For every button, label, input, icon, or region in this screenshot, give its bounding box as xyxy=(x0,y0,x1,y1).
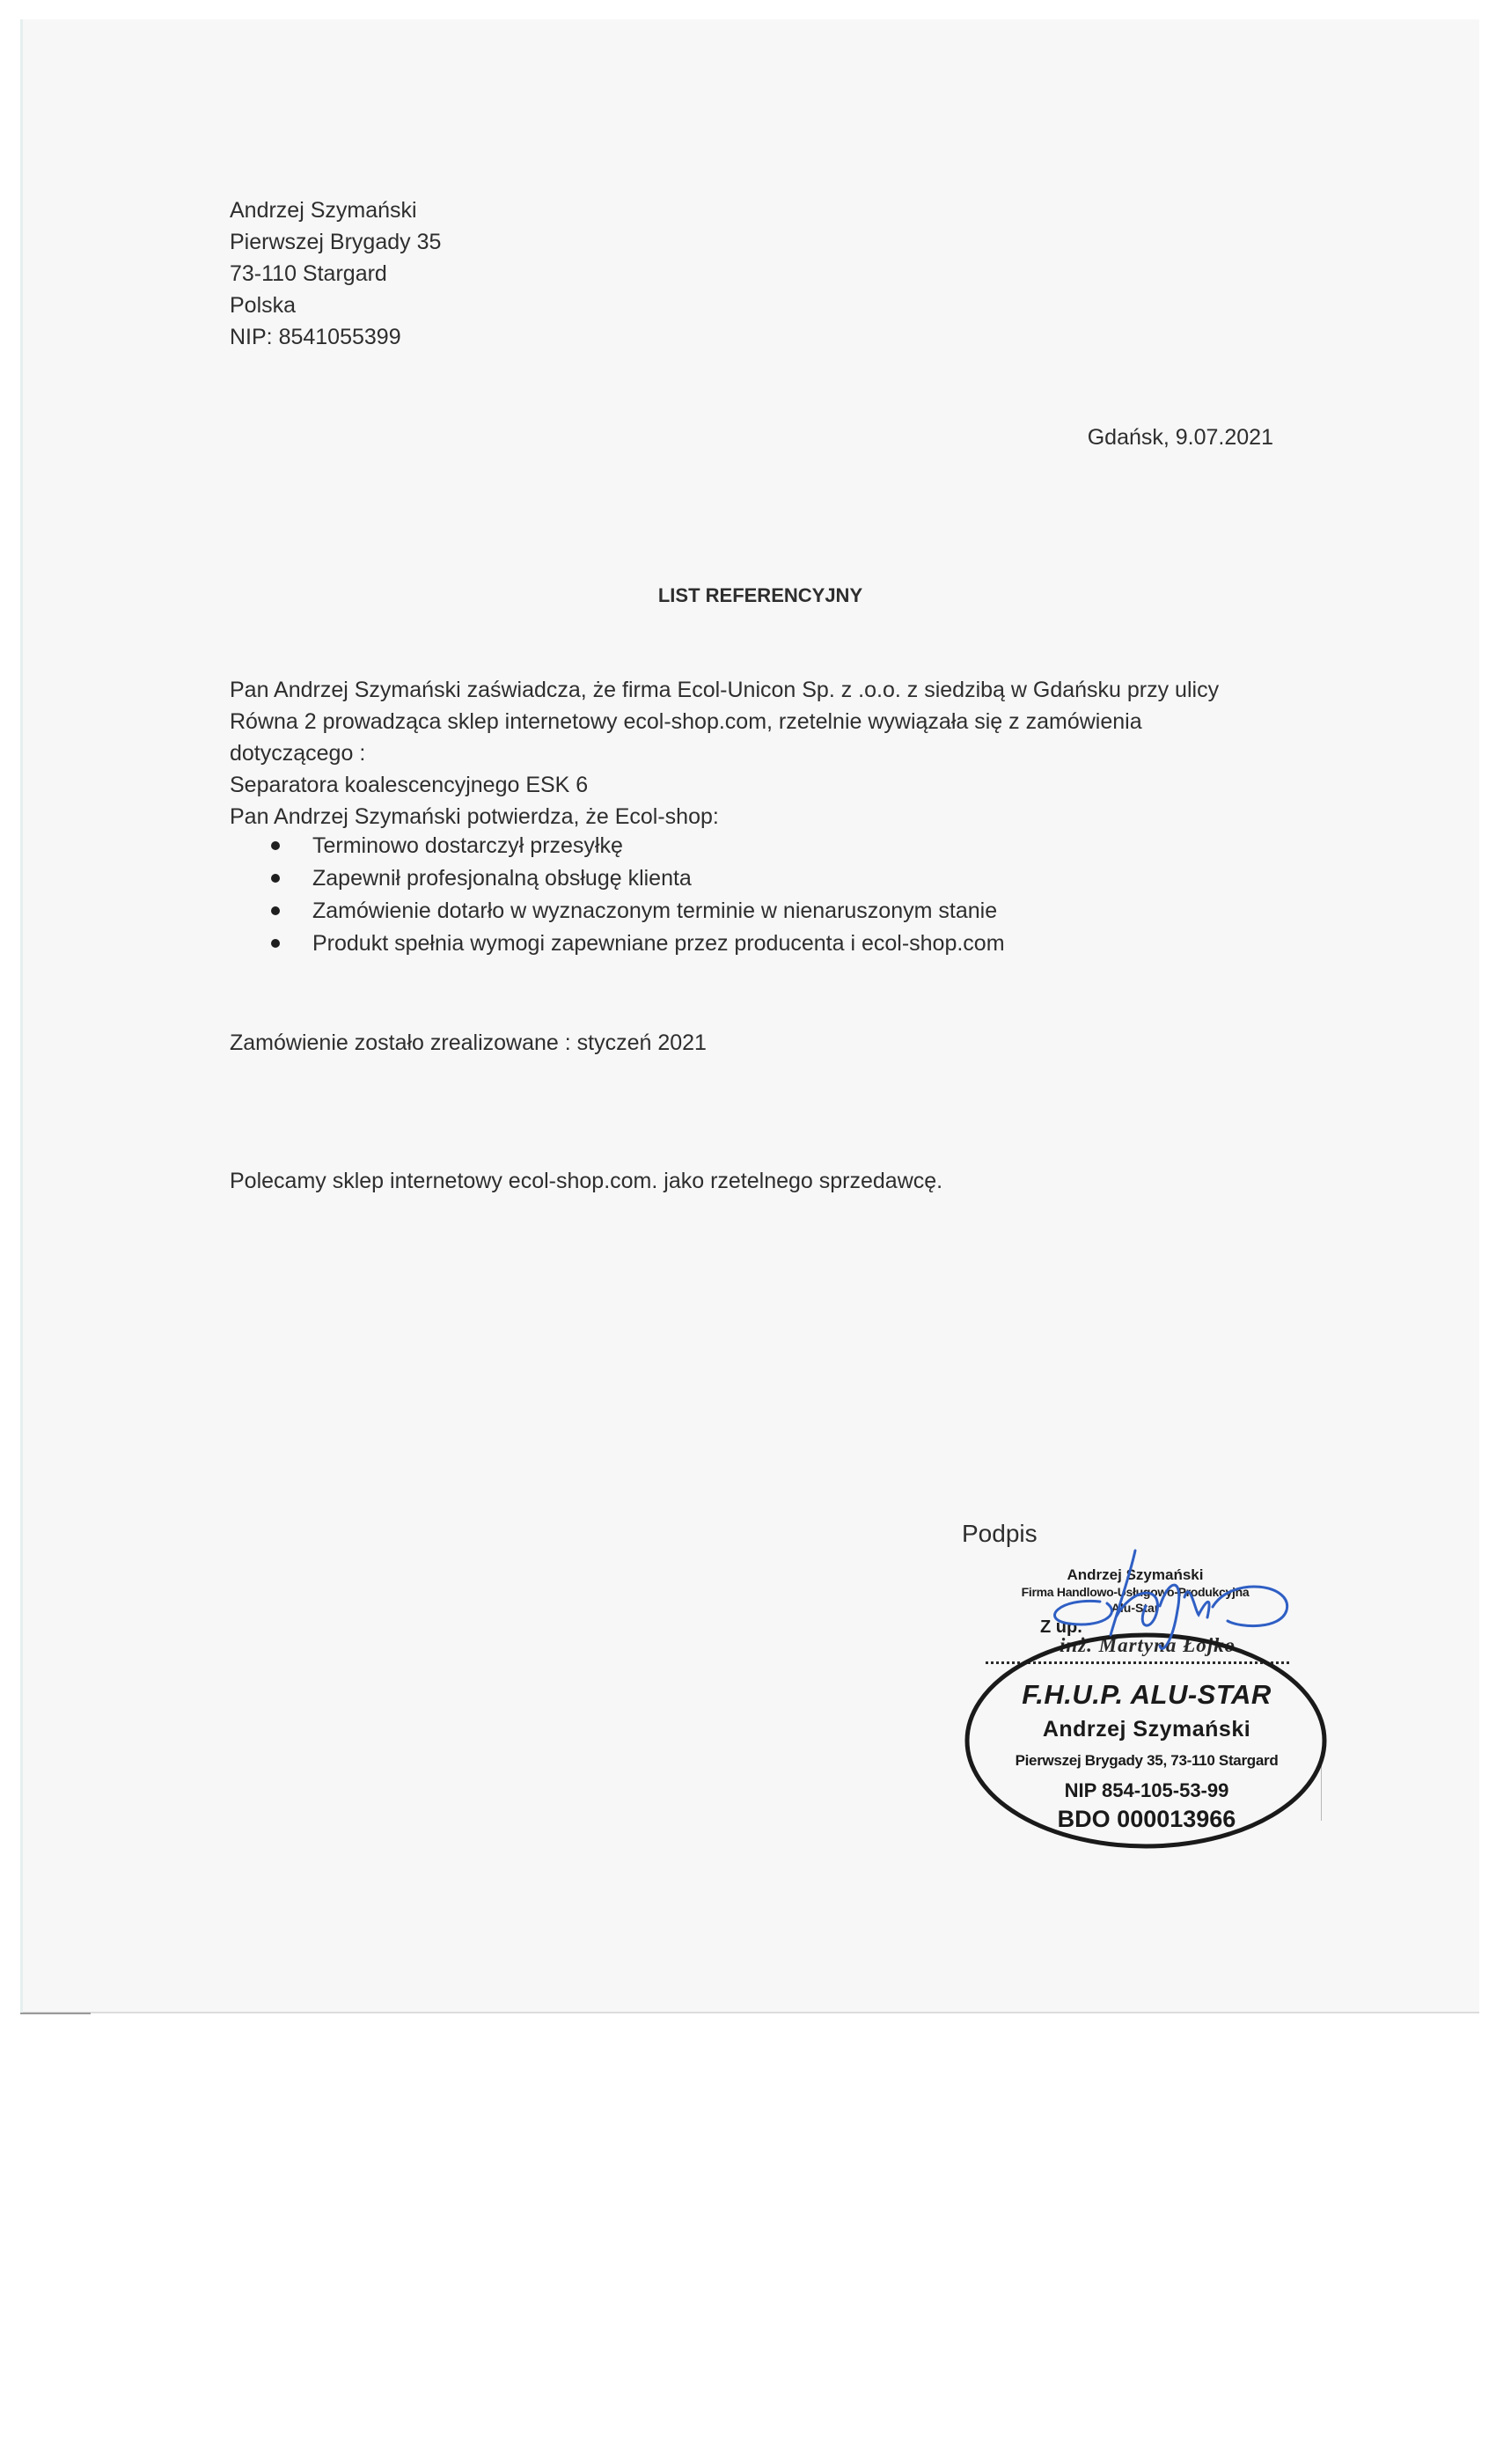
signature-dotted-line xyxy=(986,1661,1289,1664)
stamp-name: Andrzej Szymański xyxy=(977,1566,1294,1584)
bullet-icon xyxy=(271,841,280,850)
document-title: LIST REFERENCYJNY xyxy=(0,583,1496,609)
stamp-owner: Andrzej Szymański xyxy=(968,1717,1325,1742)
body-line: Pan Andrzej Szymański potwierdza, że Eco… xyxy=(230,803,719,830)
bullet-icon xyxy=(271,906,280,915)
sender-street: Pierwszej Brygady 35 xyxy=(230,229,441,255)
sender-country: Polska xyxy=(230,292,296,319)
stamp-company-type: Firma Handlowo-Usługowo-Produkcyjna xyxy=(977,1584,1294,1600)
order-realized-date: Zamówienie zostało zrealizowane : stycze… xyxy=(230,1030,707,1056)
product-name: Separatora koalescencyjnego ESK 6 xyxy=(230,772,588,798)
place-date: Gdańsk, 9.07.2021 xyxy=(1088,424,1273,451)
list-item: Terminowo dostarczył przesyłkę xyxy=(312,832,623,859)
name-stamp: Andrzej Szymański Firma Handlowo-Usługow… xyxy=(977,1566,1294,1616)
list-item: Zamówienie dotarło w wyznaczonym termini… xyxy=(312,898,997,924)
stamp-address: Pierwszej Brygady 35, 73-110 Stargard xyxy=(968,1752,1325,1770)
body-line: Pan Andrzej Szymański zaświadcza, że fir… xyxy=(230,677,1219,703)
signer-name: inż. Martyna Łojko xyxy=(1060,1634,1236,1657)
body-line: dotyczącego : xyxy=(230,740,365,766)
stamp-nip: NIP 854-105-53-99 xyxy=(968,1779,1325,1802)
sender-name: Andrzej Szymański xyxy=(230,197,417,224)
signature-label: Podpis xyxy=(962,1521,1038,1547)
bullet-icon xyxy=(271,939,280,948)
stamp-company: F.H.U.P. ALU-STAR xyxy=(968,1679,1325,1711)
bullet-icon xyxy=(271,874,280,883)
recommendation: Polecamy sklep internetowy ecol-shop.com… xyxy=(230,1168,942,1194)
body-line: Równa 2 prowadząca sklep internetowy eco… xyxy=(230,708,1142,735)
scan-artifact-line xyxy=(1321,1757,1322,1821)
stamp-company-name: Alu-Star xyxy=(977,1600,1294,1616)
list-item: Produkt spełnia wymogi zapewniane przez … xyxy=(312,930,1005,957)
sender-city: 73-110 Stargard xyxy=(230,260,387,287)
scan-edge xyxy=(20,2013,91,2014)
stamp-bdo: BDO 000013966 xyxy=(968,1806,1325,1833)
sender-nip: NIP: 8541055399 xyxy=(230,324,401,350)
list-item: Zapewnił profesjonalną obsługę klienta xyxy=(312,865,692,891)
